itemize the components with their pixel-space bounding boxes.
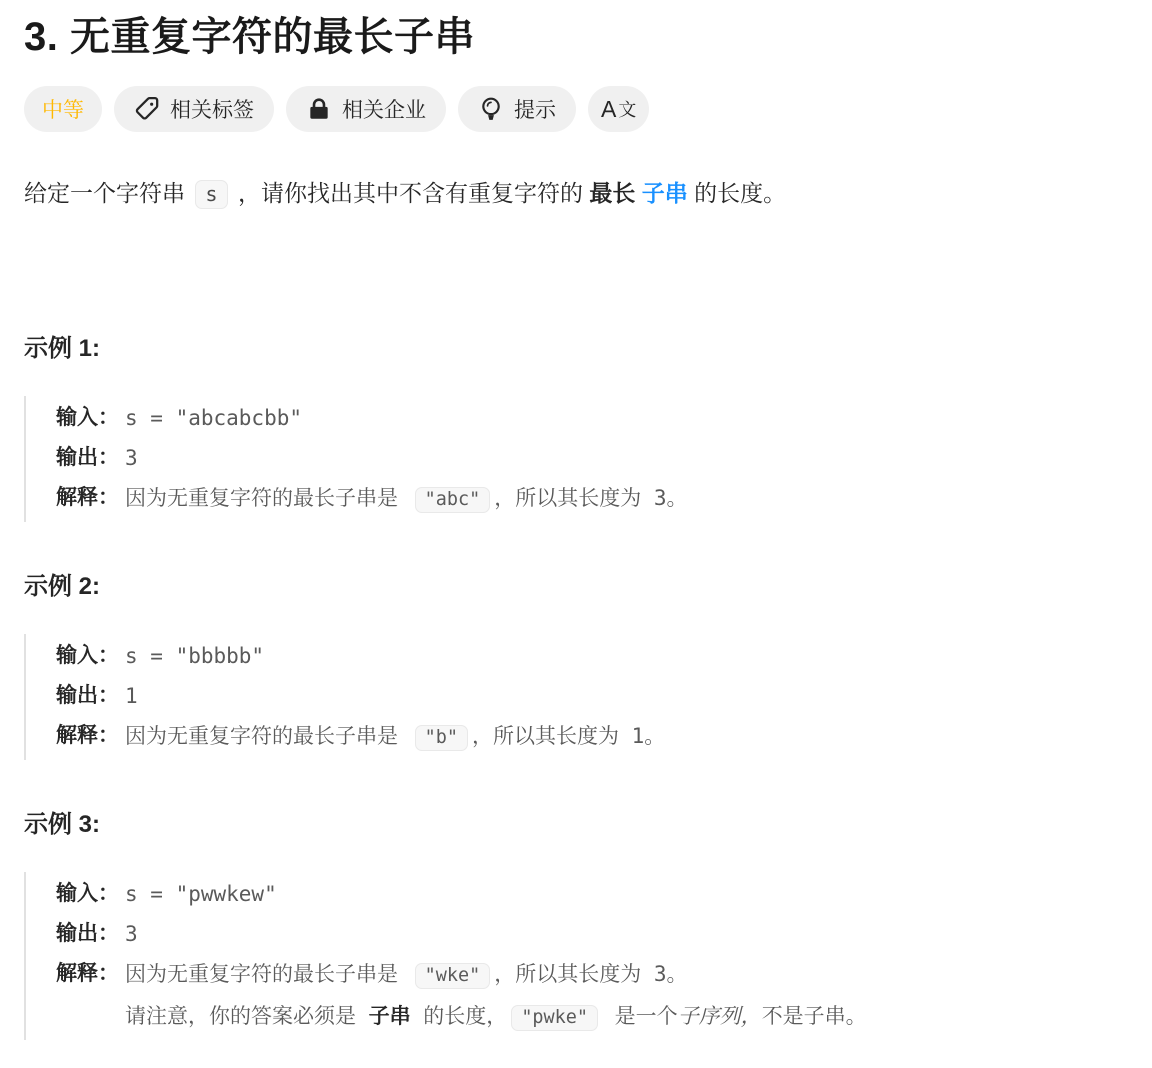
example-input-value: s = "pwwkew" — [125, 874, 1124, 914]
code-chip: "wke" — [415, 963, 491, 989]
text-segment: 的长度。 — [688, 180, 786, 206]
text-segment: 子串 — [369, 1005, 411, 1028]
example-heading: 示例 1: — [24, 328, 1124, 363]
example-block: 输入：s = "abcabcbb"输出：3解释：因为无重复字符的最长子串是 "a… — [24, 396, 1124, 522]
example-explanation-label: 解释： — [56, 716, 125, 756]
example-section: 示例 3: 输入：s = "pwwkew"输出：3解释：因为无重复字符的最长子串… — [24, 804, 1124, 1040]
text-segment: ，所以其长度为 3。 — [494, 486, 687, 510]
text-segment: 给定一个字符串 — [24, 180, 191, 206]
hint-button[interactable]: 提示 — [458, 86, 576, 132]
text-segment: s = "pwwkew" — [125, 882, 277, 906]
example-explanation-line: 解释：因为无重复字符的最长子串是 "abc"，所以其长度为 3。 — [56, 478, 1124, 520]
example-output-value: 3 — [125, 438, 1124, 478]
example-explanation-value: 因为无重复字符的最长子串是 "wke"，所以其长度为 3。请注意，你的答案必须是… — [125, 954, 1124, 1038]
example-output-label: 输出： — [56, 914, 125, 954]
hint-label: 提示 — [514, 94, 556, 124]
example-explanation-line: 解释：因为无重复字符的最长子串是 "b"，所以其长度为 1。 — [56, 716, 1124, 758]
text-segment: 请注意，你的答案必须是 — [125, 1004, 369, 1028]
related-companies-label: 相关企业 — [342, 94, 426, 124]
example-input-label: 输入： — [56, 636, 125, 676]
text-segment: 最长 — [589, 180, 635, 206]
translate-wen-glyph: 文 — [618, 96, 636, 122]
example-explanation-value: 因为无重复字符的最长子串是 "b"，所以其长度为 1。 — [125, 716, 1124, 758]
example-input-line: 输入：s = "abcabcbb" — [56, 398, 1124, 438]
example-heading: 示例 3: — [24, 804, 1124, 839]
text-segment: 不是子串。 — [762, 1004, 867, 1028]
badge-row: 中等 相关标签 相关企业 — [24, 86, 1124, 132]
text-segment: 1 — [125, 684, 138, 708]
example-output-value: 1 — [125, 676, 1124, 716]
example-block: 输入：s = "pwwkew"输出：3解释：因为无重复字符的最长子串是 "wke… — [24, 872, 1124, 1040]
example-output-value: 3 — [125, 914, 1124, 954]
text-segment: 3 — [125, 446, 138, 470]
example-input-label: 输入： — [56, 874, 125, 914]
example-input-value: s = "bbbbb" — [125, 636, 1124, 676]
text-segment: 因为无重复字符的最长子串是 — [125, 724, 411, 748]
example-block: 输入：s = "bbbbb"输出：1解释：因为无重复字符的最长子串是 "b"，所… — [24, 634, 1124, 760]
problem-title: 3. 无重复字符的最长子串 — [24, 14, 1124, 60]
example-input-line: 输入：s = "bbbbb" — [56, 636, 1124, 676]
text-segment: ，所以其长度为 3。 — [494, 962, 687, 986]
problem-description: 给定一个字符串 s ，请你找出其中不含有重复字符的 最长 子串 的长度。 — [24, 176, 1124, 212]
translate-button[interactable]: A 文 — [588, 86, 649, 132]
problem-content: 3. 无重复字符的最长子串 中等 相关标签 相关企业 — [24, 14, 1124, 1040]
code-chip: "abc" — [415, 487, 491, 513]
text-segment: 是一个 — [602, 1004, 678, 1028]
text-segment: ，所以其长度为 1。 — [472, 724, 665, 748]
example-input-label: 输入： — [56, 398, 125, 438]
example-heading: 示例 2: — [24, 566, 1124, 601]
example-output-line: 输出：3 — [56, 914, 1124, 954]
tag-icon — [134, 96, 160, 122]
example-section: 示例 1: 输入：s = "abcabcbb"输出：3解释：因为无重复字符的最长… — [24, 328, 1124, 522]
difficulty-badge[interactable]: 中等 — [24, 86, 102, 132]
example-input-line: 输入：s = "pwwkew" — [56, 874, 1124, 914]
lock-icon — [306, 96, 332, 122]
example-output-line: 输出：1 — [56, 676, 1124, 716]
example-explanation-label: 解释： — [56, 478, 125, 518]
example-explanation-value: 因为无重复字符的最长子串是 "abc"，所以其长度为 3。 — [125, 478, 1124, 520]
text-segment: 子序列， — [678, 1004, 762, 1028]
example-output-line: 输出：3 — [56, 438, 1124, 478]
text-segment: 3 — [125, 922, 138, 946]
lightbulb-icon — [478, 96, 504, 122]
example-input-value: s = "abcabcbb" — [125, 398, 1124, 438]
text-segment: s = "bbbbb" — [125, 644, 264, 668]
inline-link[interactable]: 子串 — [642, 180, 688, 206]
code-chip: "b" — [415, 725, 468, 751]
code-chip: s — [195, 180, 227, 209]
example-explanation-label: 解释： — [56, 954, 125, 994]
translate-a-glyph: A — [601, 96, 616, 123]
related-companies-button[interactable]: 相关企业 — [286, 86, 446, 132]
code-chip: "pwke" — [511, 1005, 598, 1031]
example-explanation-line: 解释：因为无重复字符的最长子串是 "wke"，所以其长度为 3。请注意，你的答案… — [56, 954, 1124, 1038]
related-tags-button[interactable]: 相关标签 — [114, 86, 274, 132]
example-section: 示例 2: 输入：s = "bbbbb"输出：1解释：因为无重复字符的最长子串是… — [24, 566, 1124, 760]
example-output-label: 输出： — [56, 438, 125, 478]
example-output-label: 输出： — [56, 676, 125, 716]
text-segment: 因为无重复字符的最长子串是 — [125, 962, 411, 986]
text-segment: ，请你找出其中不含有重复字符的 — [232, 180, 590, 206]
text-segment: 因为无重复字符的最长子串是 — [125, 486, 411, 510]
text-segment: s = "abcabcbb" — [125, 406, 302, 430]
text-segment: 的长度， — [411, 1004, 508, 1028]
related-tags-label: 相关标签 — [170, 94, 254, 124]
examples-container: 示例 1: 输入：s = "abcabcbb"输出：3解释：因为无重复字符的最长… — [24, 328, 1124, 1040]
